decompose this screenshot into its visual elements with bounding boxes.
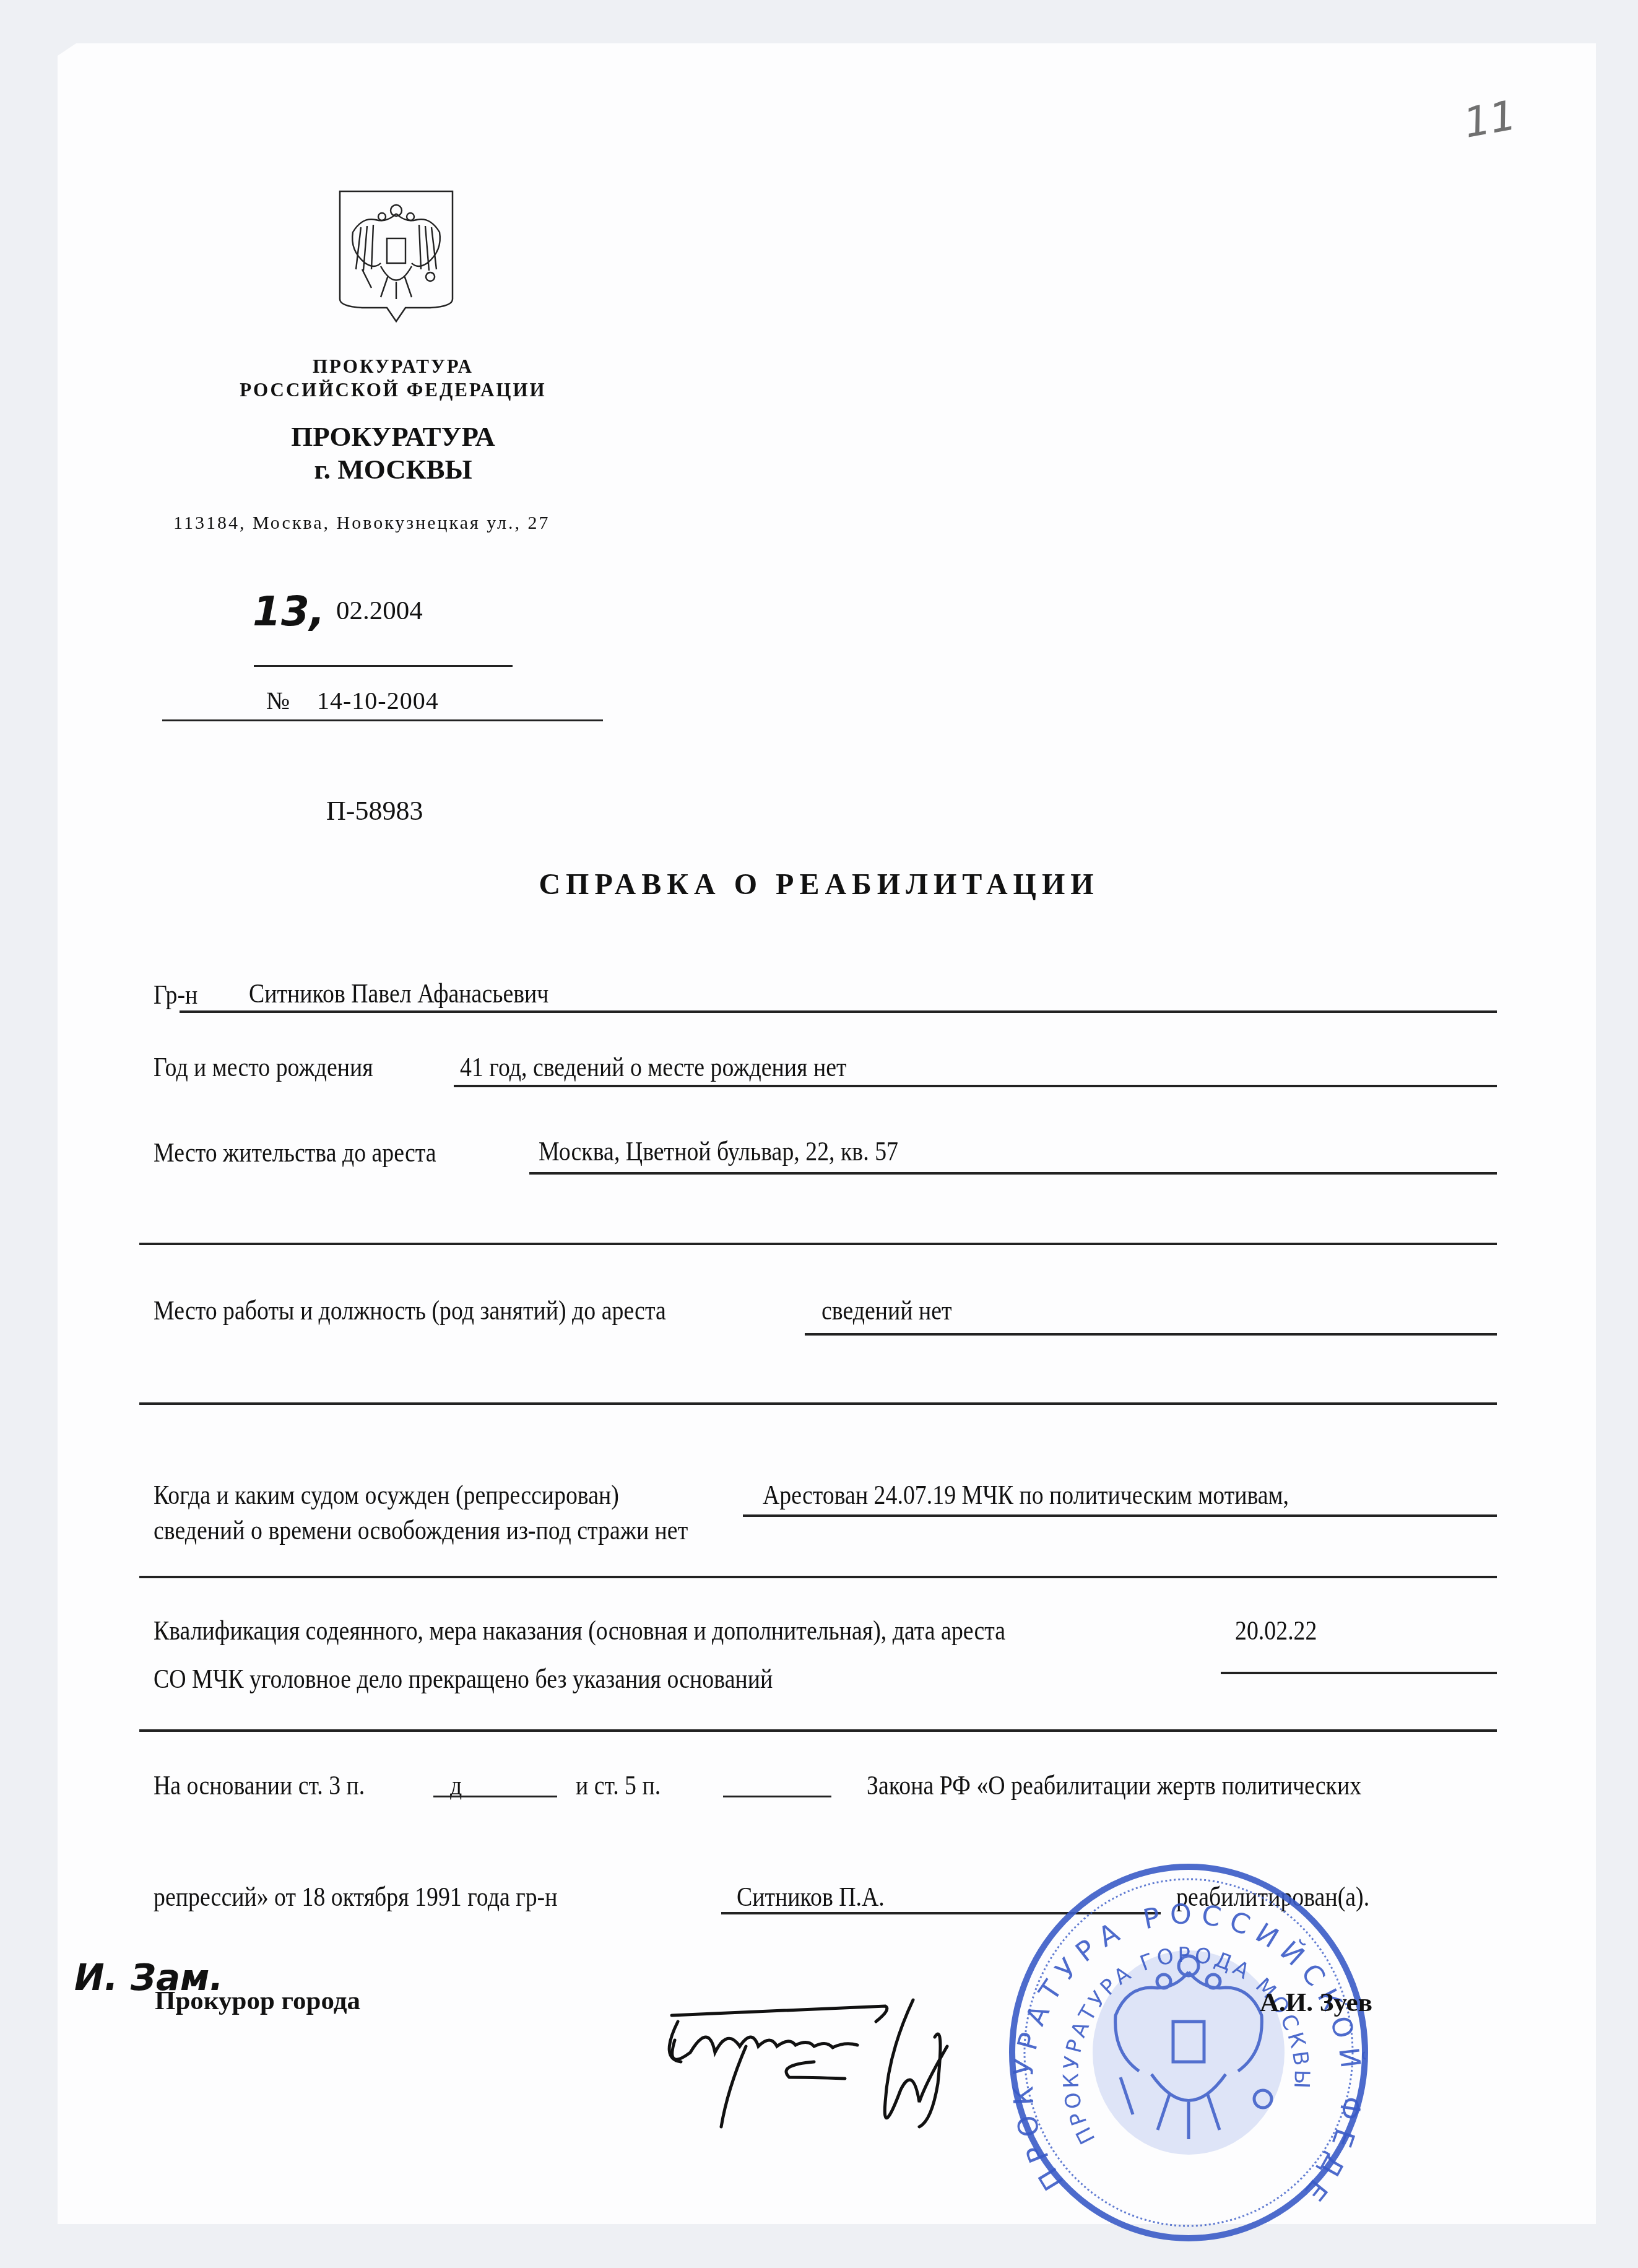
birth-line xyxy=(454,1085,1497,1087)
citizen-line xyxy=(180,1010,1497,1013)
coat-of-arms-icon xyxy=(337,189,455,324)
basis-law: Закона РФ «О реабилитации жертв политиче… xyxy=(867,1772,1361,1799)
qualification-value-2: СО МЧК уголовное дело прекращено без ука… xyxy=(154,1666,773,1693)
convicted-line xyxy=(743,1514,1497,1517)
basis-line2-prefix: репрессий» от 18 октября 1991 года гр-н xyxy=(154,1883,557,1911)
org-address: 113184, Москва, Новокузнецкая ул., 27 xyxy=(173,514,550,532)
org-name-federal: ПРОКУРАТУРА РОССИЙСКОЙ ФЕДЕРАЦИИ xyxy=(229,355,557,402)
signatory-position: Прокурор города xyxy=(155,1988,360,2014)
basis-middle: и ст. 5 п. xyxy=(576,1772,661,1799)
art3-point-line xyxy=(433,1796,557,1797)
convicted-label: Когда и каким судом осужден (репрессиров… xyxy=(154,1482,619,1509)
pencil-page-number: 11 xyxy=(1461,95,1519,144)
document-title: СПРАВКА О РЕАБИЛИТАЦИИ xyxy=(0,870,1638,900)
work-value: сведений нет xyxy=(821,1297,952,1324)
arrest-date-line xyxy=(1221,1672,1497,1674)
rehabilitated-person: Ситников П.А. xyxy=(737,1883,885,1911)
residence-value: Москва, Цветной бульвар, 22, кв. 57 xyxy=(539,1138,898,1165)
citizen-value: Ситников Павел Афанасьевич xyxy=(249,980,548,1007)
arrest-date-value: 20.02.22 xyxy=(1235,1617,1317,1645)
document-number: 14-10-2004 xyxy=(317,689,439,713)
basis-prefix: На основании ст. 3 п. xyxy=(154,1772,365,1799)
work-line-2 xyxy=(139,1402,1497,1405)
citizen-label: Гр-н xyxy=(154,981,197,1009)
signatory-name: А.И. Зуев xyxy=(1260,1989,1372,2016)
residence-label: Место жительства до ареста xyxy=(154,1139,436,1167)
document-date: 02.2004 xyxy=(336,597,423,624)
convicted-value-2: сведений о времени освобождения из-под с… xyxy=(154,1517,688,1544)
number-sign: № xyxy=(266,689,290,713)
handwritten-signature xyxy=(653,1978,1012,2139)
convicted-value: Арестован 24.07.19 МЧК по политическим м… xyxy=(763,1482,1289,1509)
number-underline xyxy=(162,719,603,721)
handwritten-day: 13, xyxy=(253,591,325,632)
art5-point-line xyxy=(723,1796,831,1797)
qualification-line-3 xyxy=(139,1729,1497,1732)
residence-line xyxy=(529,1172,1497,1175)
date-underline xyxy=(254,665,513,667)
birth-label: Год и место рождения xyxy=(154,1054,373,1081)
birth-value: 41 год, сведений о месте рождения нет xyxy=(460,1054,847,1081)
convicted-line-3 xyxy=(139,1576,1497,1578)
official-seal-stamp: ПРОКУРАТУРА РОССИЙСКОЙ ФЕДЕРАЦИИ ПРОКУРА… xyxy=(953,1848,1424,2251)
org-name-moscow: ПРОКУРАТУРА г. МОСКВЫ xyxy=(229,420,557,486)
work-label: Место работы и должность (род занятий) д… xyxy=(154,1297,666,1324)
work-line xyxy=(805,1333,1497,1336)
reference-number: П-58983 xyxy=(326,797,423,825)
qualification-label: Квалификация содеянного, мера наказания … xyxy=(154,1617,1005,1645)
residence-line-2 xyxy=(139,1243,1497,1245)
